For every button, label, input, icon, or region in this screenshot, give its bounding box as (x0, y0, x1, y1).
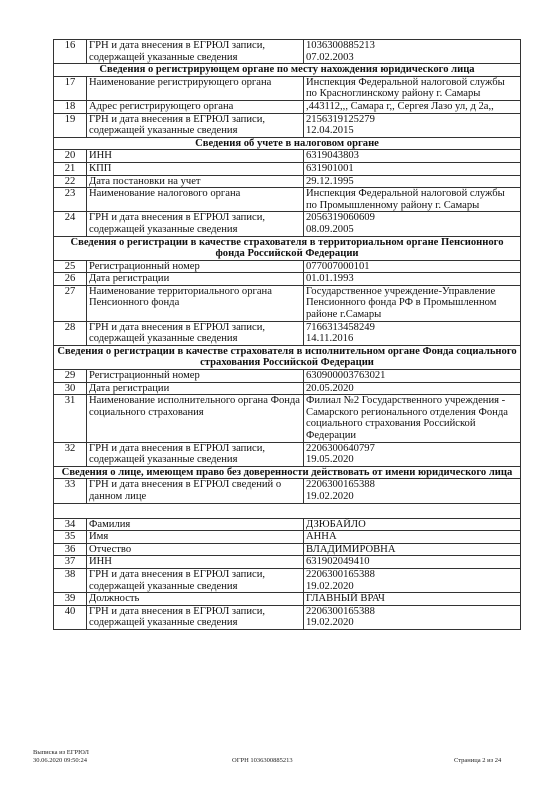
row-value: 2156319125279 12.04.2015 (304, 113, 521, 137)
table-row: 28ГРН и дата внесения в ЕГРЮЛ записи, со… (54, 321, 521, 345)
row-number: 33 (54, 479, 87, 503)
row-label: ГРН и дата внесения в ЕГРЮЛ записи, соде… (87, 568, 304, 592)
row-value: ,443112,,, Самара г,, Сергея Лазо ул, д … (304, 100, 521, 113)
table-row: 18Адрес регистрирующего органа,443112,,,… (54, 100, 521, 113)
row-number: 32 (54, 442, 87, 466)
row-label: Регистрационный номер (87, 370, 304, 383)
table-row: 20ИНН6319043803 (54, 150, 521, 163)
row-label: Дата постановки на учет (87, 175, 304, 188)
table-row: 25Регистрационный номер077007000101 (54, 260, 521, 273)
footer-extract-info: Выписка из ЕГРЮЛ 30.06.2020 09:50:24 (33, 749, 89, 764)
row-label: ГРН и дата внесения в ЕГРЮЛ записи, соде… (87, 605, 304, 629)
row-value: ГЛАВНЫЙ ВРАЧ (304, 593, 521, 606)
row-value: 01.01.1993 (304, 273, 521, 286)
row-value: 2056319060609 08.09.2005 (304, 212, 521, 236)
row-number: 34 (54, 518, 87, 531)
row-label: Имя (87, 531, 304, 544)
table-row: 32ГРН и дата внесения в ЕГРЮЛ записи, со… (54, 442, 521, 466)
row-label: Отчество (87, 543, 304, 556)
row-label: ГРН и дата внесения в ЕГРЮЛ записи, соде… (87, 40, 304, 64)
row-number: 17 (54, 76, 87, 100)
section-title: Сведения о регистрирующем органе по мест… (54, 64, 521, 77)
row-value: 630900003763021 (304, 370, 521, 383)
row-label: Дата регистрации (87, 382, 304, 395)
table-row: 31Наименование исполнительного органа Фо… (54, 395, 521, 442)
row-value: 2206300165388 19.02.2020 (304, 568, 521, 592)
row-label: ГРН и дата внесения в ЕГРЮЛ записи, соде… (87, 113, 304, 137)
row-label: Наименование исполнительного органа Фонд… (87, 395, 304, 442)
row-label: ИНН (87, 556, 304, 569)
table-row: 24ГРН и дата внесения в ЕГРЮЛ записи, со… (54, 212, 521, 236)
row-number: 31 (54, 395, 87, 442)
row-value: 20.05.2020 (304, 382, 521, 395)
row-number: 28 (54, 321, 87, 345)
row-number: 20 (54, 150, 87, 163)
row-number: 30 (54, 382, 87, 395)
row-label: ГРН и дата внесения в ЕГРЮЛ записи, соде… (87, 212, 304, 236)
row-number: 35 (54, 531, 87, 544)
table-row: 30Дата регистрации20.05.2020 (54, 382, 521, 395)
table-row: 39ДолжностьГЛАВНЫЙ ВРАЧ (54, 593, 521, 606)
section-header-row: Сведения о регистрации в качестве страхо… (54, 236, 521, 260)
row-number: 19 (54, 113, 87, 137)
blank-cell (54, 503, 521, 518)
row-number: 25 (54, 260, 87, 273)
row-value: Филиал №2 Государственного учреждения - … (304, 395, 521, 442)
row-value: 077007000101 (304, 260, 521, 273)
section-title: Сведения о регистрации в качестве страхо… (54, 236, 521, 260)
footer-ogrn: ОГРН 1036300885213 (232, 757, 293, 765)
row-number: 23 (54, 188, 87, 212)
section-header-row: Сведения о лице, имеющем право без довер… (54, 466, 521, 479)
row-value: Инспекция Федеральной налоговой службы п… (304, 76, 521, 100)
row-label: Должность (87, 593, 304, 606)
egrul-extract-table: 16ГРН и дата внесения в ЕГРЮЛ записи, со… (53, 39, 521, 630)
row-label: Наименование регистрирующего органа (87, 76, 304, 100)
table-row: 19ГРН и дата внесения в ЕГРЮЛ записи, со… (54, 113, 521, 137)
row-value: ВЛАДИМИРОВНА (304, 543, 521, 556)
row-value: 29.12.1995 (304, 175, 521, 188)
row-label: ГРН и дата внесения в ЕГРЮЛ записи, соде… (87, 321, 304, 345)
row-number: 24 (54, 212, 87, 236)
table-row: 22Дата постановки на учет29.12.1995 (54, 175, 521, 188)
row-value: 7166313458249 14.11.2016 (304, 321, 521, 345)
row-value: Государственное учреждение-Управление Пе… (304, 285, 521, 321)
section-title: Сведения о лице, имеющем право без довер… (54, 466, 521, 479)
row-number: 39 (54, 593, 87, 606)
row-value: 1036300885213 07.02.2003 (304, 40, 521, 64)
table-row: 29Регистрационный номер630900003763021 (54, 370, 521, 383)
blank-row (54, 503, 521, 518)
row-number: 38 (54, 568, 87, 592)
row-value: АННА (304, 531, 521, 544)
table-row: 21КПП631901001 (54, 162, 521, 175)
table-row: 23Наименование налогового органаИнспекци… (54, 188, 521, 212)
section-header-row: Сведения об учете в налоговом органе (54, 137, 521, 150)
row-value: 2206300165388 19.02.2020 (304, 605, 521, 629)
table-row: 27Наименование территориального органа П… (54, 285, 521, 321)
row-label: ГРН и дата внесения в ЕГРЮЛ записи, соде… (87, 442, 304, 466)
row-value: 2206300165388 19.02.2020 (304, 479, 521, 503)
row-number: 27 (54, 285, 87, 321)
row-label: Наименование территориального органа Пен… (87, 285, 304, 321)
row-number: 40 (54, 605, 87, 629)
table-row: 26Дата регистрации01.01.1993 (54, 273, 521, 286)
section-header-row: Сведения о регистрирующем органе по мест… (54, 64, 521, 77)
row-value: 631901001 (304, 162, 521, 175)
table-row: 40ГРН и дата внесения в ЕГРЮЛ записи, со… (54, 605, 521, 629)
footer-page-number: Страница 2 из 24 (454, 757, 501, 765)
table-row: 38ГРН и дата внесения в ЕГРЮЛ записи, со… (54, 568, 521, 592)
row-number: 29 (54, 370, 87, 383)
table-row: 36ОтчествоВЛАДИМИРОВНА (54, 543, 521, 556)
row-number: 18 (54, 100, 87, 113)
row-value: ДЗЮБАЙЛО (304, 518, 521, 531)
table-row: 17Наименование регистрирующего органаИнс… (54, 76, 521, 100)
row-value: 6319043803 (304, 150, 521, 163)
table-row: 34ФамилияДЗЮБАЙЛО (54, 518, 521, 531)
document-page: 16ГРН и дата внесения в ЕГРЮЛ записи, со… (0, 0, 558, 789)
row-label: ГРН и дата внесения в ЕГРЮЛ сведений о д… (87, 479, 304, 503)
row-label: КПП (87, 162, 304, 175)
row-number: 37 (54, 556, 87, 569)
row-number: 16 (54, 40, 87, 64)
row-number: 36 (54, 543, 87, 556)
row-number: 22 (54, 175, 87, 188)
table-row: 16ГРН и дата внесения в ЕГРЮЛ записи, со… (54, 40, 521, 64)
row-label: Регистрационный номер (87, 260, 304, 273)
row-label: Адрес регистрирующего органа (87, 100, 304, 113)
section-header-row: Сведения о регистрации в качестве страхо… (54, 345, 521, 369)
row-value: Инспекция Федеральной налоговой службы п… (304, 188, 521, 212)
table-row: 35ИмяАННА (54, 531, 521, 544)
table-body: 16ГРН и дата внесения в ЕГРЮЛ записи, со… (54, 40, 521, 630)
table-row: 37ИНН631902049410 (54, 556, 521, 569)
row-value: 631902049410 (304, 556, 521, 569)
row-label: Дата регистрации (87, 273, 304, 286)
row-label: Фамилия (87, 518, 304, 531)
row-label: Наименование налогового органа (87, 188, 304, 212)
row-number: 21 (54, 162, 87, 175)
row-value: 2206300640797 19.05.2020 (304, 442, 521, 466)
row-label: ИНН (87, 150, 304, 163)
table-row: 33ГРН и дата внесения в ЕГРЮЛ сведений о… (54, 479, 521, 503)
row-number: 26 (54, 273, 87, 286)
section-title: Сведения о регистрации в качестве страхо… (54, 345, 521, 369)
section-title: Сведения об учете в налоговом органе (54, 137, 521, 150)
